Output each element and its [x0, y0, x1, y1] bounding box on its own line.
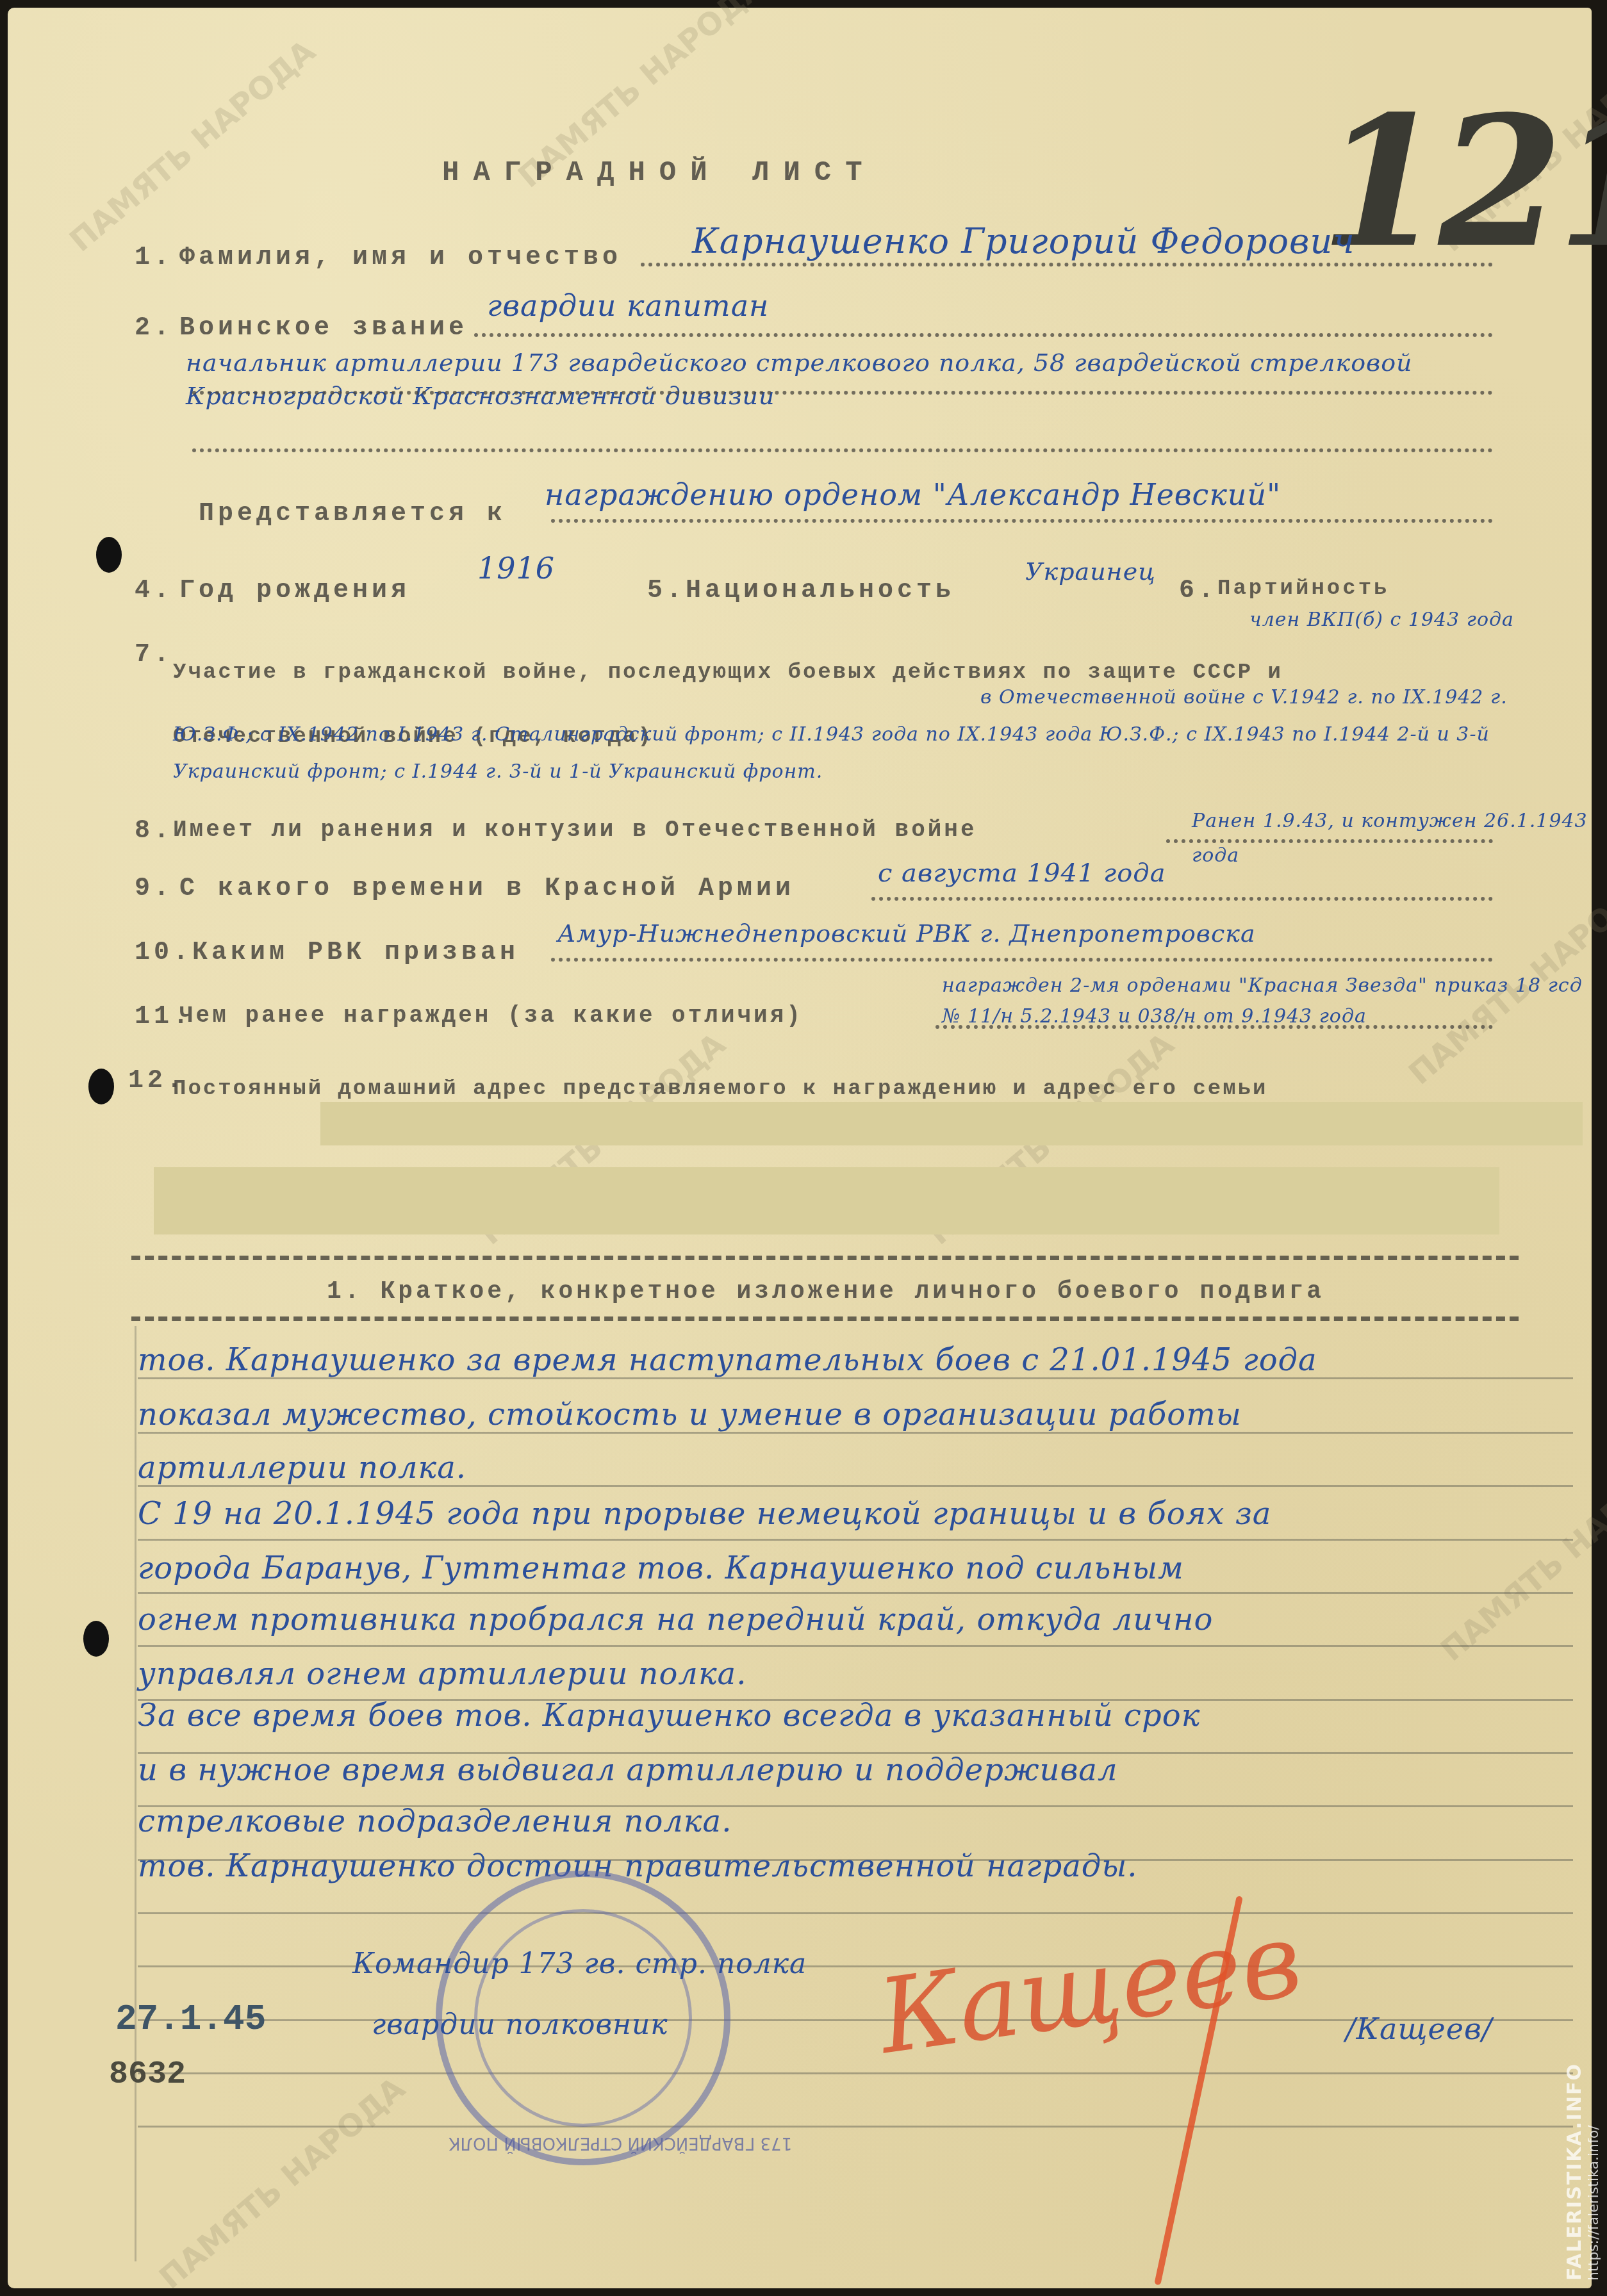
- ruled-line: [138, 1645, 1573, 1647]
- presented-for-dots: [551, 519, 1493, 523]
- field-7-value: в Отечественной войне с V.1942 г. по IX.…: [173, 679, 1583, 791]
- narrative-line: огнем противника пробрался на передний к…: [138, 1602, 1213, 1637]
- field-9-label: С какого времени в Красной Армии: [179, 874, 795, 903]
- site-watermark-title: FALERISTIKA.INFO: [1563, 2063, 1586, 2281]
- field-5-value: Украинец: [1025, 557, 1156, 586]
- field-4-value: 1916: [477, 551, 555, 586]
- ruled-line: [138, 2126, 1573, 2128]
- signer-name: /Кащеев/: [1346, 2012, 1492, 2046]
- presented-for-value: награждению орденом "Александр Невский": [545, 477, 1281, 512]
- redacted-address: [154, 1167, 1499, 1234]
- field-1-label: Фамилия, имя и отчество: [179, 243, 622, 272]
- ruled-line: [138, 2072, 1573, 2074]
- date-stamp: 27.1.45: [115, 1999, 266, 2040]
- archive-number: 121: [1320, 77, 1607, 288]
- field-4-label: Год рождения: [179, 577, 410, 605]
- narrative-line: управлял огнем артиллерии полка.: [138, 1656, 746, 1692]
- section-divider: [131, 1256, 1519, 1260]
- presented-for-label: Представляется к: [199, 500, 506, 529]
- field-9-number: 9.: [135, 874, 173, 903]
- ruled-line: [138, 1539, 1573, 1541]
- field-7-number: 7.: [135, 641, 173, 669]
- document-title: НАГРАДНОЙ ЛИСТ: [442, 157, 877, 189]
- regiment-seal-text: 173 ГВАРДЕЙСКИЙ СТРЕЛКОВЫЙ ПОЛК: [449, 2133, 792, 2152]
- punch-hole: [83, 1621, 109, 1657]
- narrative-line: тов. Карнаушенко достоин правительственн…: [138, 1848, 1138, 1884]
- section-title: 1. Краткое, конкретное изложение личного…: [327, 1278, 1324, 1306]
- ruled-line: [138, 1912, 1573, 1914]
- field-2-dots: [474, 333, 1493, 337]
- redacted-address: [320, 1102, 1583, 1145]
- field-10-dots: [551, 958, 1493, 962]
- registration-number-stamp: 8632: [109, 2056, 186, 2093]
- field-3-dots: [192, 391, 1493, 395]
- field-10-label: Каким РВК призван: [192, 939, 519, 967]
- field-9-dots: [871, 897, 1493, 901]
- field-9-value: с августа 1941 года: [878, 858, 1166, 888]
- field-3-value: начальник артиллерии 173 гвардейского ст…: [186, 346, 1531, 413]
- narrative-line: С 19 на 20.1.1945 года при прорыве немец…: [138, 1496, 1271, 1532]
- field-1-dots: [641, 263, 1493, 266]
- narrative-line: и в нужное время выдвигал артиллерию и п…: [138, 1752, 1118, 1788]
- field-4-number: 4.: [135, 577, 173, 605]
- field-10-value: Амур-Нижнеднепровский РВК г. Днепропетро…: [557, 919, 1256, 947]
- field-8-number: 8.: [135, 817, 173, 846]
- site-watermark-url: https://faleristika.info/: [1586, 2063, 1602, 2281]
- field-1-number: 1.: [135, 243, 173, 272]
- site-watermark: FALERISTIKA.INFO https://faleristika.inf…: [1563, 2063, 1602, 2281]
- field-8-value: Ранен 1.9.43, и контужен 26.1.1943 года: [1192, 804, 1589, 873]
- margin-line: [135, 1326, 136, 2261]
- narrative-line: артиллерии полка.: [138, 1450, 466, 1486]
- punch-hole: [96, 537, 122, 573]
- narrative-line: За все время боев тов. Карнаушенко всегд…: [138, 1698, 1200, 1734]
- field-6-label: Партийность: [1217, 577, 1389, 601]
- narrative-line: тов. Карнаушенко за время наступательных…: [138, 1342, 1317, 1378]
- field-6-value: член ВКП(б) с 1943 года: [1249, 609, 1514, 631]
- field-5-number: 5.: [647, 577, 686, 605]
- field-8-label: Имеет ли ранения и контузии в Отечествен…: [173, 817, 977, 843]
- narrative-line: города Баранув, Гуттентаг тов. Карнаушен…: [138, 1550, 1184, 1586]
- narrative-line: стрелковые подразделения полка.: [138, 1803, 732, 1839]
- field-10-number: 10.: [135, 939, 192, 967]
- field-2-label: Воинское звание: [179, 314, 468, 343]
- section-divider: [131, 1316, 1519, 1321]
- field-11-label: Чем ранее награжден (за какие отличия): [179, 1003, 803, 1029]
- ruled-line: [138, 1592, 1573, 1594]
- field-6-number: 6.: [1179, 577, 1217, 605]
- signer-position: Командир 173 гв. стр. полка: [352, 1947, 807, 1980]
- punch-hole: [88, 1069, 114, 1104]
- field-1-value: Карнаушенко Григорий Федорович: [692, 221, 1355, 261]
- field-5-label: Национальность: [686, 577, 955, 605]
- field-3-dots: [192, 448, 1493, 452]
- signer-rank: гвардии полковник: [372, 2008, 668, 2041]
- narrative-line: показал мужество, стойкость и умение в о…: [138, 1397, 1242, 1432]
- field-2-number: 2.: [135, 314, 173, 343]
- field-11-value: награжден 2-мя орденами "Красная Звезда"…: [942, 971, 1583, 1032]
- field-2-value: гвардии капитан: [487, 288, 769, 323]
